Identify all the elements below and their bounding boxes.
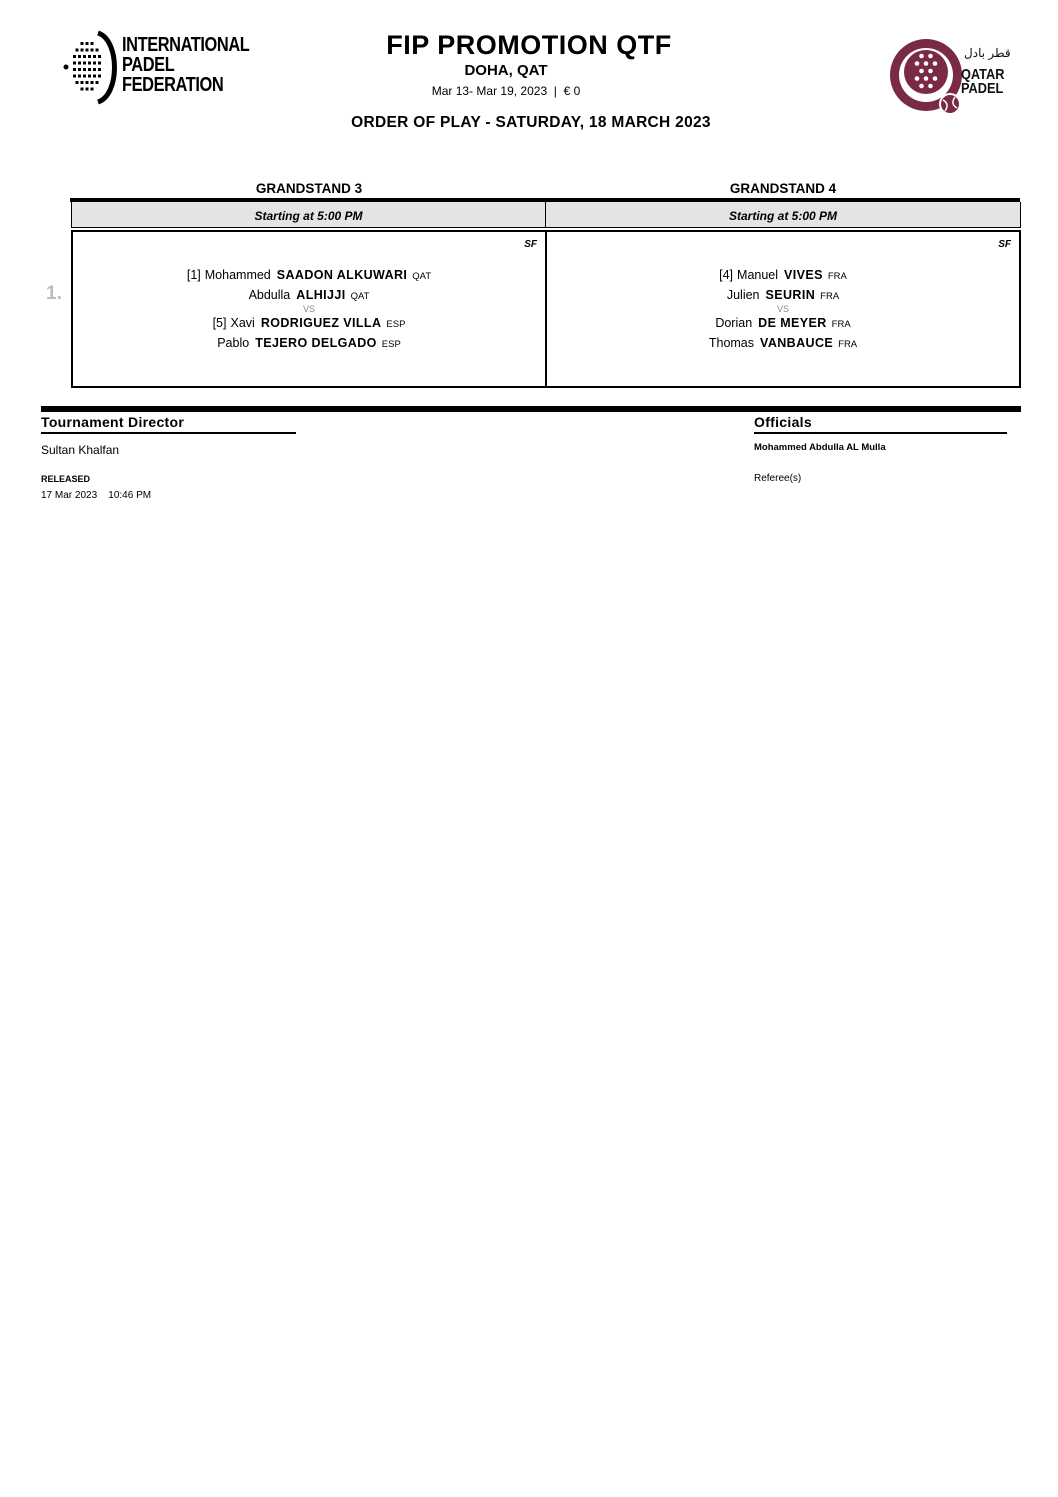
qatar-padel-text: QATAR PADEL <box>961 68 1004 96</box>
last-name: VANBAUCE <box>760 336 833 350</box>
seed: [4] <box>719 268 733 282</box>
player-row: [1]MohammedSAADON ALKUWARIQAT <box>73 265 545 285</box>
first-name: Dorian <box>715 316 752 330</box>
officials-heading: Officials <box>754 414 812 430</box>
tournament-director-heading: Tournament Director <box>41 414 184 430</box>
match-teams: [4]ManuelVIVESFRA JulienSEURINFRA VS Dor… <box>547 265 1019 353</box>
tournament-dates-prize: Mar 13- Mar 19, 2023 | € 0 <box>0 84 1012 98</box>
first-name: Mohammed <box>205 268 271 282</box>
last-name: DE MEYER <box>758 316 827 330</box>
match-number: 1. <box>46 283 62 305</box>
last-name: TEJERO DELGADO <box>255 336 377 350</box>
country-code: FRA <box>832 319 851 330</box>
last-name: VIVES <box>784 268 823 282</box>
tournament-director-name: Sultan Khalfan <box>41 443 119 457</box>
last-name: SAADON ALKUWARI <box>277 268 408 282</box>
last-name: RODRIGUEZ VILLA <box>261 316 382 330</box>
first-name: Abdulla <box>249 288 291 302</box>
first-name: Manuel <box>737 268 778 282</box>
court-name: GRANDSTAND 3 <box>72 181 546 196</box>
official-role: Referee(s) <box>754 473 801 484</box>
player-row: ThomasVANBAUCEFRA <box>547 333 1019 353</box>
court-name: GRANDSTAND 4 <box>546 181 1020 196</box>
last-name: SEURIN <box>766 288 816 302</box>
first-name: Pablo <box>217 336 249 350</box>
match-cell[interactable]: SF [1]MohammedSAADON ALKUWARIQAT Abdulla… <box>71 230 547 388</box>
footer-divider <box>41 406 1021 412</box>
country-code: ESP <box>382 339 401 350</box>
qatar-padel-arabic: قطر بادل <box>964 46 1011 60</box>
first-name: Xavi <box>230 316 254 330</box>
country-code: QAT <box>351 291 370 302</box>
official-name: Mohammed Abdulla AL Mulla <box>754 442 886 453</box>
qatar-padel-racket-icon <box>888 38 968 118</box>
seed: [5] <box>213 316 227 330</box>
match-cell[interactable]: SF [4]ManuelVIVESFRA JulienSEURINFRA VS … <box>545 230 1021 388</box>
round-label: SF <box>998 239 1011 250</box>
section-rule <box>754 432 1007 434</box>
round-label: SF <box>524 239 537 250</box>
last-name: ALHIJJI <box>296 288 345 302</box>
seed: [1] <box>187 268 201 282</box>
player-row: [5]XaviRODRIGUEZ VILLAESP <box>73 313 545 333</box>
released-timestamp: 17 Mar 2023 10:46 PM <box>41 490 151 501</box>
player-row: AbdullaALHIJJIQAT <box>73 285 545 305</box>
logo-line: PADEL <box>961 82 1004 96</box>
start-time: Starting at 5:00 PM <box>545 202 1021 228</box>
country-code: QAT <box>412 271 431 282</box>
first-name: Thomas <box>709 336 754 350</box>
start-time: Starting at 5:00 PM <box>71 202 546 228</box>
player-row: PabloTEJERO DELGADOESP <box>73 333 545 353</box>
country-code: FRA <box>820 291 839 302</box>
player-row: JulienSEURINFRA <box>547 285 1019 305</box>
first-name: Julien <box>727 288 760 302</box>
player-row: DorianDE MEYERFRA <box>547 313 1019 333</box>
section-rule <box>41 432 296 434</box>
player-row: [4]ManuelVIVESFRA <box>547 265 1019 285</box>
tournament-location: DOHA, QAT <box>0 62 1012 79</box>
country-code: ESP <box>386 319 405 330</box>
released-label: RELEASED <box>41 474 90 484</box>
match-teams: [1]MohammedSAADON ALKUWARIQAT AbdullaALH… <box>73 265 545 353</box>
country-code: FRA <box>828 271 847 282</box>
country-code: FRA <box>838 339 857 350</box>
qatar-padel-logo: قطر بادل QATAR PADEL <box>888 38 1013 118</box>
